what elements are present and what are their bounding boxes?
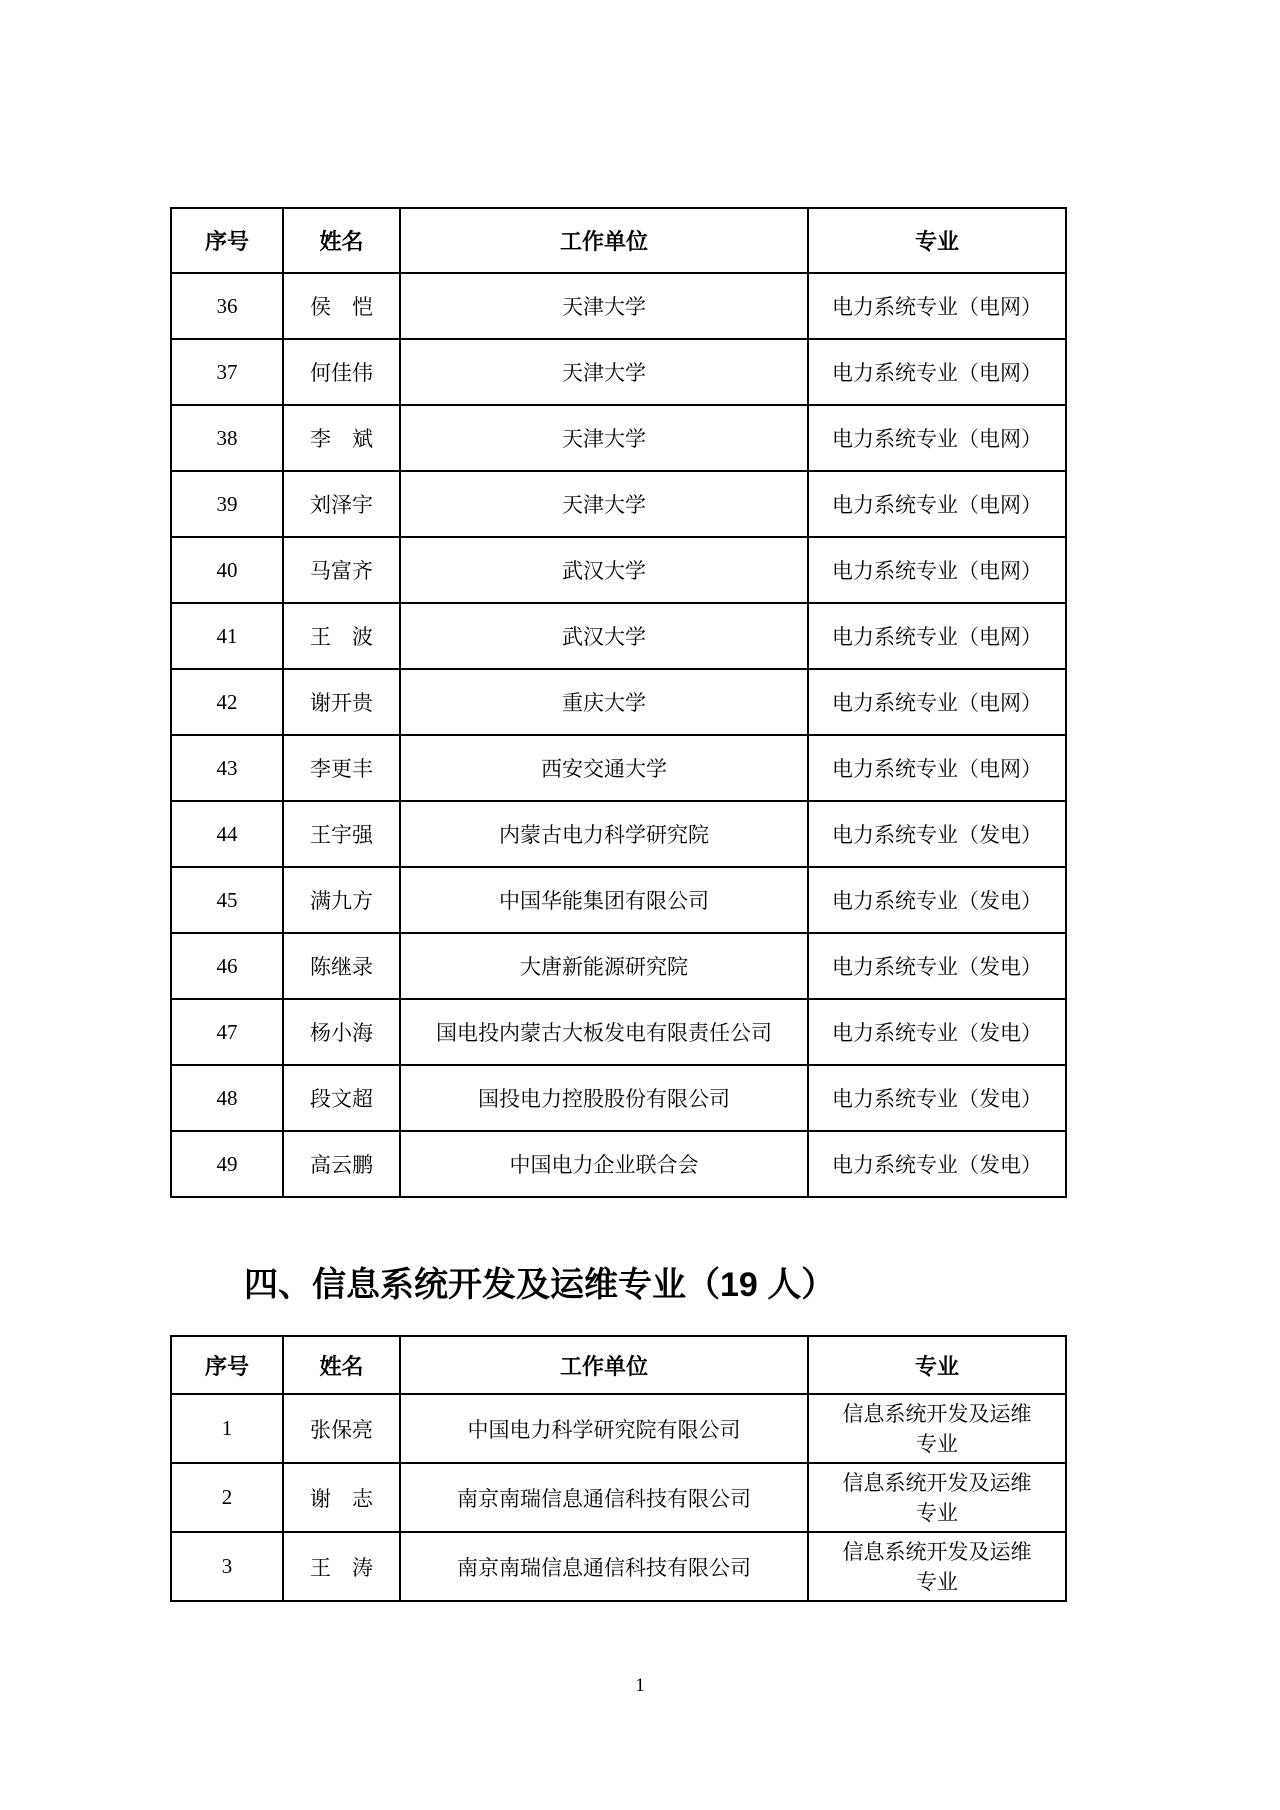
table-header-row: 序号 姓名 工作单位 专业 (171, 1336, 1066, 1394)
table-row: 37何佳伟天津大学电力系统专业（电网） (171, 339, 1066, 405)
table-cell: 电力系统专业（电网） (808, 735, 1066, 801)
table-header: 序号 姓名 工作单位 专业 (171, 208, 1066, 273)
table-cell: 43 (171, 735, 283, 801)
table-cell: 电力系统专业（电网） (808, 339, 1066, 405)
column-header-name: 姓名 (283, 1336, 400, 1394)
table-cell: 国电投内蒙古大板发电有限责任公司 (400, 999, 808, 1065)
table-cell: 段文超 (283, 1065, 400, 1131)
table-cell: 41 (171, 603, 283, 669)
table-row: 43李更丰西安交通大学电力系统专业（电网） (171, 735, 1066, 801)
table-cell: 王 涛 (283, 1532, 400, 1601)
table-cell: 电力系统专业（发电） (808, 1065, 1066, 1131)
table-cell: 电力系统专业（电网） (808, 471, 1066, 537)
table-cell: 李更丰 (283, 735, 400, 801)
table-cell: 张保亮 (283, 1394, 400, 1463)
table-row: 36侯 恺天津大学电力系统专业（电网） (171, 273, 1066, 339)
table-body: 1张保亮中国电力科学研究院有限公司信息系统开发及运维专业2谢 志南京南瑞信息通信… (171, 1394, 1066, 1601)
table-cell: 46 (171, 933, 283, 999)
table-cell: 杨小海 (283, 999, 400, 1065)
column-header-work-unit: 工作单位 (400, 208, 808, 273)
table-cell: 中国电力企业联合会 (400, 1131, 808, 1197)
table-cell: 47 (171, 999, 283, 1065)
table-cell: 2 (171, 1463, 283, 1532)
table-cell: 马富齐 (283, 537, 400, 603)
table-cell: 侯 恺 (283, 273, 400, 339)
table-cell: 武汉大学 (400, 603, 808, 669)
table-cell: 电力系统专业（发电） (808, 999, 1066, 1065)
table-cell: 王宇强 (283, 801, 400, 867)
table-cell: 48 (171, 1065, 283, 1131)
table-cell: 37 (171, 339, 283, 405)
table-cell: 38 (171, 405, 283, 471)
table-header: 序号 姓名 工作单位 专业 (171, 1336, 1066, 1394)
table-row: 3王 涛南京南瑞信息通信科技有限公司信息系统开发及运维专业 (171, 1532, 1066, 1601)
table-cell: 36 (171, 273, 283, 339)
table-cell: 电力系统专业（发电） (808, 867, 1066, 933)
table-cell: 40 (171, 537, 283, 603)
table-cell: 天津大学 (400, 405, 808, 471)
table-cell: 武汉大学 (400, 537, 808, 603)
table-row: 42谢开贵重庆大学电力系统专业（电网） (171, 669, 1066, 735)
table-cell: 何佳伟 (283, 339, 400, 405)
table-cell: 信息系统开发及运维专业 (808, 1394, 1066, 1463)
table-row: 1张保亮中国电力科学研究院有限公司信息系统开发及运维专业 (171, 1394, 1066, 1463)
table-cell: 西安交通大学 (400, 735, 808, 801)
table-row: 38李 斌天津大学电力系统专业（电网） (171, 405, 1066, 471)
table-cell: 信息系统开发及运维专业 (808, 1463, 1066, 1532)
table-cell: 电力系统专业（发电） (808, 801, 1066, 867)
table-cell: 大唐新能源研究院 (400, 933, 808, 999)
table-cell: 天津大学 (400, 273, 808, 339)
column-header-work-unit: 工作单位 (400, 1336, 808, 1394)
table-row: 48段文超国投电力控股股份有限公司电力系统专业（发电） (171, 1065, 1066, 1131)
table-cell: 电力系统专业（电网） (808, 405, 1066, 471)
table-header-row: 序号 姓名 工作单位 专业 (171, 208, 1066, 273)
table-cell: 天津大学 (400, 471, 808, 537)
column-header-index: 序号 (171, 208, 283, 273)
table-cell: 电力系统专业（发电） (808, 933, 1066, 999)
table-cell: 45 (171, 867, 283, 933)
table-cell: 谢开贵 (283, 669, 400, 735)
table-cell: 高云鹏 (283, 1131, 400, 1197)
table-cell: 谢 志 (283, 1463, 400, 1532)
table-cell: 3 (171, 1532, 283, 1601)
table-row: 49高云鹏中国电力企业联合会电力系统专业（发电） (171, 1131, 1066, 1197)
table-cell: 电力系统专业（发电） (808, 1131, 1066, 1197)
table-cell: 天津大学 (400, 339, 808, 405)
table-row: 41王 波武汉大学电力系统专业（电网） (171, 603, 1066, 669)
table-row: 40马富齐武汉大学电力系统专业（电网） (171, 537, 1066, 603)
page-number: 1 (0, 1675, 1280, 1697)
column-header-name: 姓名 (283, 208, 400, 273)
column-header-specialty: 专业 (808, 208, 1066, 273)
table-cell: 满九方 (283, 867, 400, 933)
table-cell: 电力系统专业（电网） (808, 603, 1066, 669)
table-cell: 中国华能集团有限公司 (400, 867, 808, 933)
table-cell: 王 波 (283, 603, 400, 669)
document-page: 序号 姓名 工作单位 专业 36侯 恺天津大学电力系统专业（电网）37何佳伟天津… (0, 0, 1280, 1810)
table-cell: 42 (171, 669, 283, 735)
table-cell: 内蒙古电力科学研究院 (400, 801, 808, 867)
table-row: 2谢 志南京南瑞信息通信科技有限公司信息系统开发及运维专业 (171, 1463, 1066, 1532)
table-row: 47杨小海国电投内蒙古大板发电有限责任公司电力系统专业（发电） (171, 999, 1066, 1065)
table-cell: 刘泽宇 (283, 471, 400, 537)
table-cell: 中国电力科学研究院有限公司 (400, 1394, 808, 1463)
section-heading: 四、信息系统开发及运维专业（19 人） (244, 1262, 835, 1308)
table-cell: 44 (171, 801, 283, 867)
table-row: 44王宇强内蒙古电力科学研究院电力系统专业（发电） (171, 801, 1066, 867)
column-header-index: 序号 (171, 1336, 283, 1394)
table-cell: 电力系统专业（电网） (808, 273, 1066, 339)
table-row: 46陈继录大唐新能源研究院电力系统专业（发电） (171, 933, 1066, 999)
table-cell: 信息系统开发及运维专业 (808, 1532, 1066, 1601)
table-cell: 陈继录 (283, 933, 400, 999)
power-system-specialists-table: 序号 姓名 工作单位 专业 36侯 恺天津大学电力系统专业（电网）37何佳伟天津… (170, 207, 1067, 1198)
table-body: 36侯 恺天津大学电力系统专业（电网）37何佳伟天津大学电力系统专业（电网）38… (171, 273, 1066, 1197)
table-cell: 国投电力控股股份有限公司 (400, 1065, 808, 1131)
table-cell: 电力系统专业（电网） (808, 537, 1066, 603)
table-row: 45满九方中国华能集团有限公司电力系统专业（发电） (171, 867, 1066, 933)
column-header-specialty: 专业 (808, 1336, 1066, 1394)
table-cell: 39 (171, 471, 283, 537)
table-cell: 电力系统专业（电网） (808, 669, 1066, 735)
table-cell: 李 斌 (283, 405, 400, 471)
table-cell: 重庆大学 (400, 669, 808, 735)
table-cell: 南京南瑞信息通信科技有限公司 (400, 1463, 808, 1532)
info-system-specialists-table: 序号 姓名 工作单位 专业 1张保亮中国电力科学研究院有限公司信息系统开发及运维… (170, 1335, 1067, 1602)
table-cell: 49 (171, 1131, 283, 1197)
table-cell: 南京南瑞信息通信科技有限公司 (400, 1532, 808, 1601)
table-row: 39刘泽宇天津大学电力系统专业（电网） (171, 471, 1066, 537)
table-cell: 1 (171, 1394, 283, 1463)
